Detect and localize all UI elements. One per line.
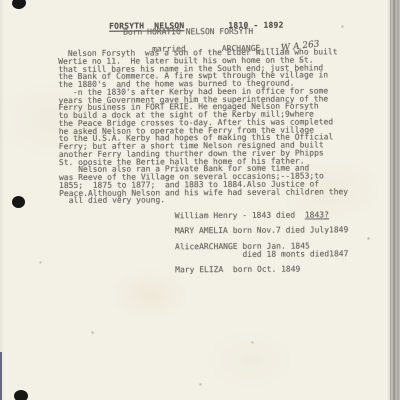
scan-edge-right	[388, 0, 400, 400]
body-text: Nelson Forsyth was a son of the Elder Wi…	[58, 48, 348, 275]
scan-edge-bottom-left	[0, 352, 2, 400]
typewritten-text-layer: FORSYTH NELSON1810 - 1892 Born HORATIO N…	[0, 0, 400, 400]
text-line: Mary ELIZA born Oct. 1849	[60, 265, 349, 275]
hole-punch-middle	[12, 196, 25, 208]
hole-punch-bottom	[14, 390, 28, 400]
text-line: William Henry - 1843 died 1843?	[59, 211, 348, 221]
scanned-page: FORSYTH NELSON1810 - 1892 Born HORATIO N…	[0, 0, 390, 400]
text-line: died 18 monts died1847	[59, 250, 348, 260]
text-line: MARY AMELIA born Nov.7 died July1849	[59, 226, 348, 236]
